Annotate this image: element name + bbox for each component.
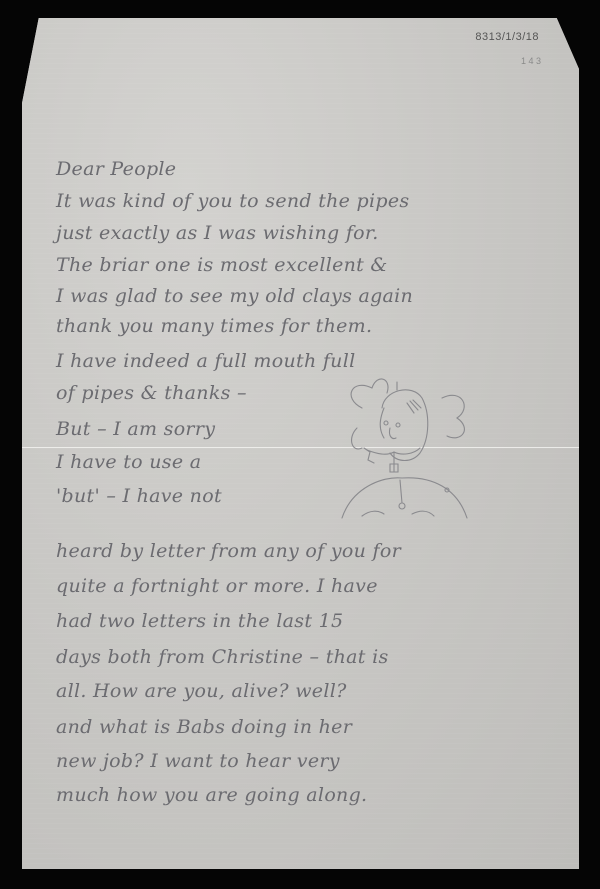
letter-line: 'but' – I have not <box>56 485 222 507</box>
letter-line: I have indeed a full mouth full <box>56 350 355 372</box>
letter-line: I have to use a <box>56 451 201 473</box>
letter-line: It was kind of you to send the pipes <box>56 190 409 212</box>
letter-line: all. How are you, alive? well? <box>56 680 347 702</box>
letter-line: I was glad to see my old clays again <box>56 285 413 307</box>
letter-line: had two letters in the last 15 <box>56 610 343 632</box>
letter-line: much how you are going along. <box>56 784 367 806</box>
folio-mark: 1 4 3 <box>521 56 541 66</box>
fold-line <box>22 447 579 448</box>
salutation: Dear People <box>56 158 176 180</box>
letter-line: heard by letter from any of you for <box>56 540 401 562</box>
letter-line: just exactly as I was wishing for. <box>56 222 379 244</box>
letter-line: of pipes & thanks – <box>56 382 247 404</box>
pipe-smoker-sketch-icon <box>322 368 482 528</box>
letter-line: days both from Christine – that is <box>56 646 389 668</box>
letter-line: thank you many times for them. <box>56 315 372 337</box>
letter-line: quite a fortnight or more. I have <box>56 575 378 597</box>
letter-line: But – I am sorry <box>56 418 215 440</box>
letter-page: 8313/1/3/18 1 4 3 Dear People It was kin… <box>22 18 579 869</box>
letter-line: and what is Babs doing in her <box>56 716 352 738</box>
letter-line: The briar one is most excellent & <box>56 254 388 276</box>
letter-line: new job? I want to hear very <box>56 750 340 772</box>
archive-reference: 8313/1/3/18 <box>475 31 539 43</box>
